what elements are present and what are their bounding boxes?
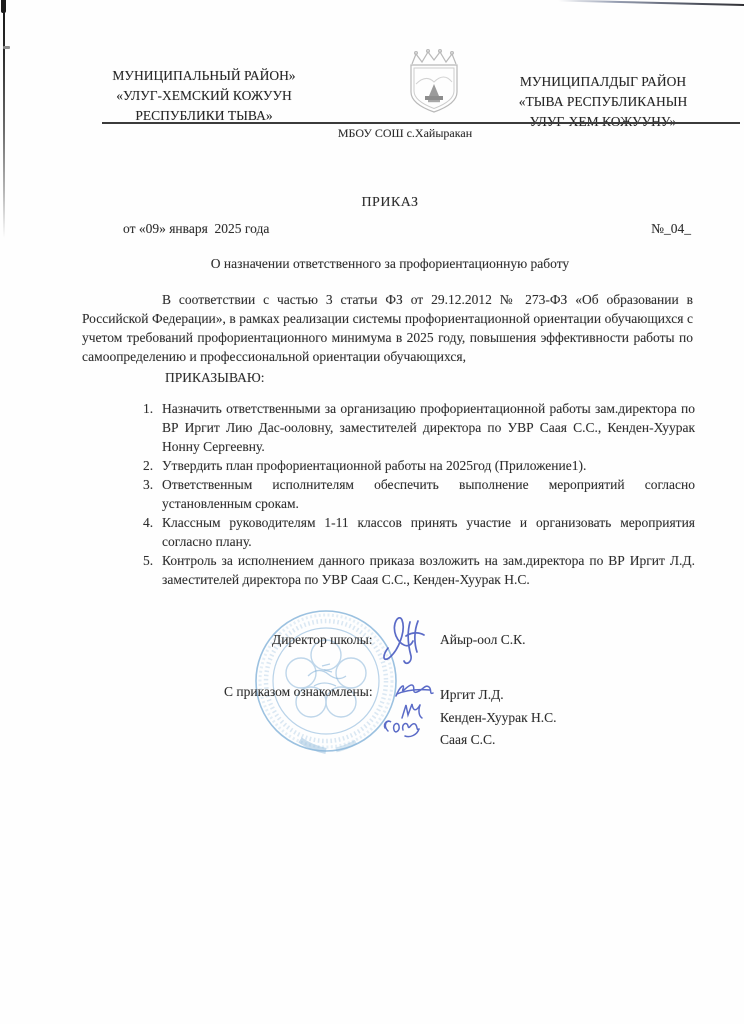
- header-divider-line: [102, 122, 740, 124]
- order-item-2: 2. Утвердить план профориентационной раб…: [85, 456, 695, 475]
- acknowledged-signatures-icon: [380, 676, 434, 743]
- order-item-5: 5. Контроль за исполнением данного прика…: [85, 551, 695, 589]
- document-title: ПРИКАЗ: [85, 195, 695, 211]
- org-left-line2: «УЛУГ-ХЕМСКИЙ КОЖУУН: [68, 86, 340, 106]
- director-name: Айыр-оол С.К.: [440, 632, 525, 648]
- order-item-4: 4. Классным руководителям 1-11 классов п…: [85, 513, 695, 551]
- org-right-line2: «ТЫВА РЕСПУБЛИКАНЫН: [472, 92, 734, 112]
- director-signature-icon: [380, 612, 432, 673]
- order-text: Назначить ответственными за организацию …: [162, 401, 695, 454]
- acknowledged-name-1: Иргит Л.Д.: [440, 684, 557, 707]
- order-number: 4.: [143, 513, 153, 532]
- acknowledged-label: С приказом ознакомлены:: [224, 684, 373, 700]
- order-text: Контроль за исполнением данного приказа …: [162, 553, 695, 587]
- org-right-line1: МУНИЦИПАЛДЫГ РАЙОН: [472, 72, 734, 92]
- order-number: 3.: [143, 475, 153, 494]
- order-item-1: 1. Назначить ответственными за организац…: [85, 399, 695, 456]
- scan-line-top-right: [558, 0, 744, 6]
- scan-tick-left: [3, 46, 10, 49]
- director-label: Директор школы:: [272, 632, 373, 648]
- scanned-order-document: МУНИЦИПАЛЬНЫЙ РАЙОН» «УЛУГ-ХЕМСКИЙ КОЖУУ…: [0, 0, 744, 1024]
- school-name: МБОУ СОШ с.Хайыракан: [255, 126, 555, 141]
- coat-of-arms-icon: [398, 48, 470, 123]
- document-date: от «09» января 2025 года: [123, 221, 269, 237]
- orders-heading: ПРИКАЗЫВАЮ:: [165, 370, 265, 386]
- acknowledged-name-3: Саая С.С.: [440, 729, 557, 752]
- order-number: 2.: [143, 456, 153, 475]
- orders-list: 1. Назначить ответственными за организац…: [85, 399, 695, 589]
- order-item-3: 3. Ответственным исполнителям обеспечить…: [85, 475, 695, 513]
- document-number: №_04_: [651, 221, 691, 237]
- intro-paragraph: В соответствии с частью 3 статьи ФЗ от 2…: [82, 290, 693, 366]
- order-text: Ответственным исполнителям обеспечить вы…: [162, 477, 695, 511]
- order-number: 5.: [143, 551, 153, 570]
- date-number-row: от «09» января 2025 года №_04_: [85, 221, 695, 239]
- order-number: 1.: [143, 399, 153, 418]
- acknowledged-names: Иргит Л.Д. Кенден-Хуурак Н.С. Саая С.С.: [440, 684, 557, 752]
- org-left-line1: МУНИЦИПАЛЬНЫЙ РАЙОН»: [68, 66, 340, 86]
- scan-edge-line-left: [3, 0, 5, 238]
- acknowledged-name-2: Кенден-Хуурак Н.С.: [440, 707, 557, 730]
- document-subject: О назначении ответственного за профориен…: [85, 256, 695, 272]
- scan-mark-top-left: [1, 0, 6, 13]
- org-name-russian: МУНИЦИПАЛЬНЫЙ РАЙОН» «УЛУГ-ХЕМСКИЙ КОЖУУ…: [68, 66, 340, 126]
- order-text: Классным руководителям 1-11 классов прин…: [162, 515, 695, 549]
- order-text: Утвердить план профориентационной работы…: [162, 458, 586, 473]
